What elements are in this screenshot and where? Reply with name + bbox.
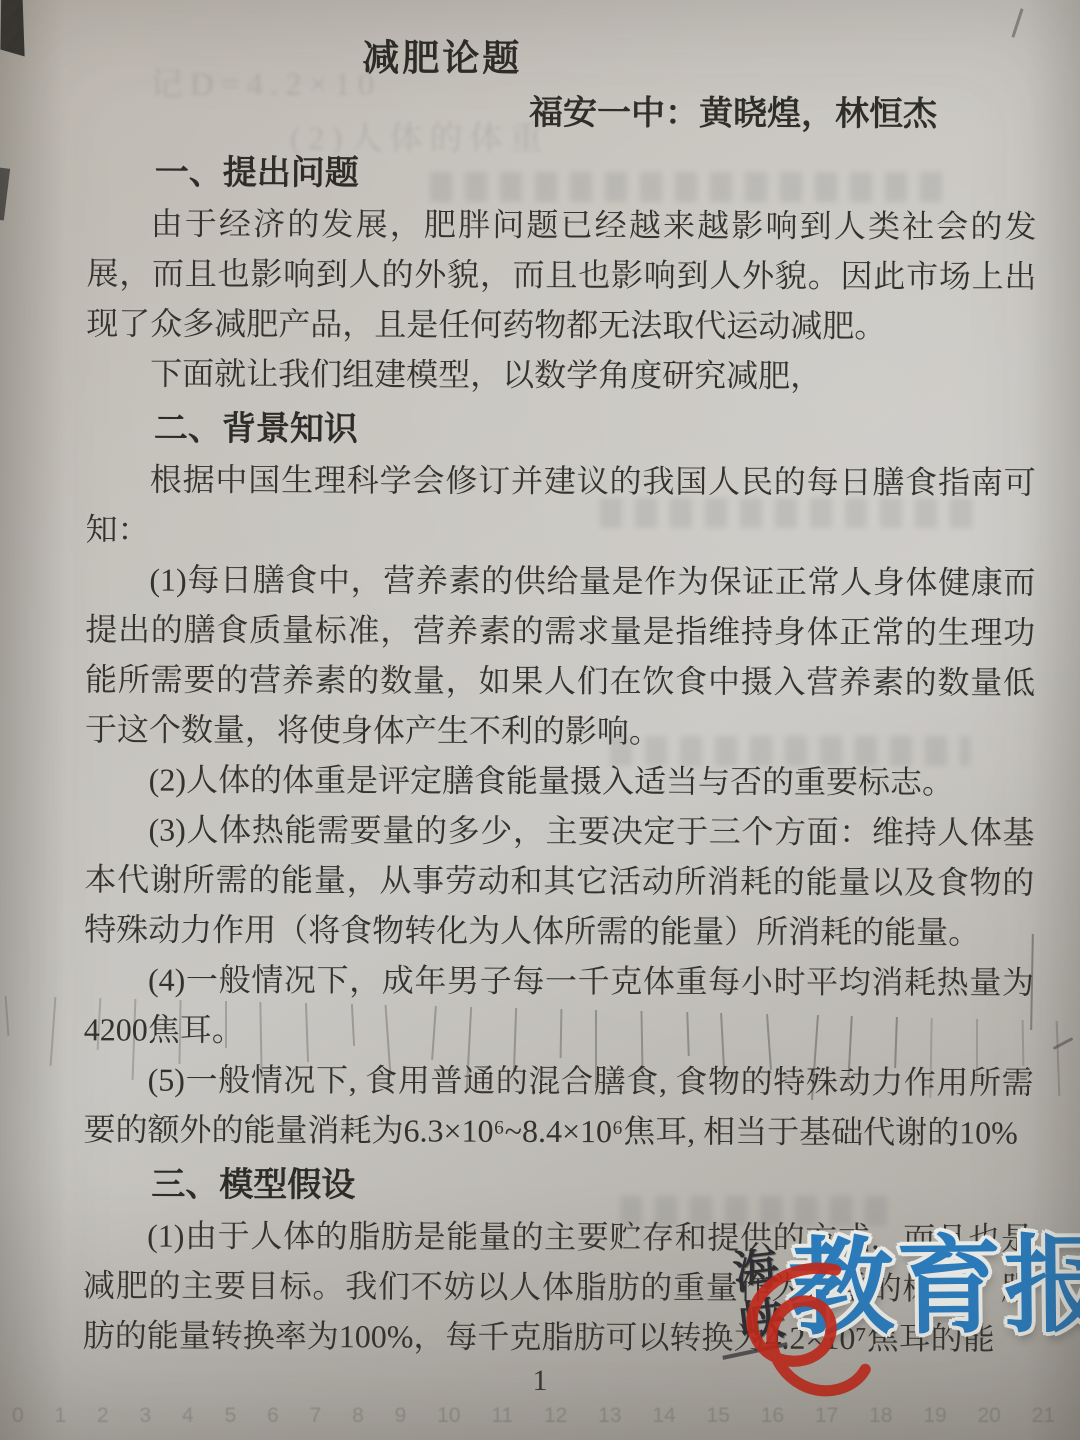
paragraph: (3)人体热能需要量的多少，主要决定于三个方面：维持人体基本代谢所需的能量，从事… bbox=[84, 804, 1035, 957]
right-edge-mark bbox=[1011, 8, 1023, 37]
section-heading-3: 三、模型假设 bbox=[83, 1160, 1033, 1213]
section-heading-1: 一、提出问题 bbox=[87, 148, 1037, 201]
document-body: 减肥论题 福安一中：黄晓煌，林恒杰 一、提出问题 由于经济的发展，肥胖问题已经越… bbox=[83, 32, 1038, 1363]
paragraph: 根据中国生理科学会修订并建议的我国人民的每日膳食指南可知： bbox=[85, 454, 1035, 557]
page-number: 1 bbox=[0, 1364, 1080, 1398]
paragraph: 下面就让我们组建模型，以数学角度研究减肥， bbox=[86, 348, 1036, 401]
paragraph: (1)每日膳食中，营养素的供给量是作为保证正常人身体健康而提出的膳食质量标准，营… bbox=[85, 554, 1036, 757]
section-heading-2: 二、背景知识 bbox=[86, 404, 1036, 457]
paragraph: (5)一般情况下, 食用普通的混合膳食, 食物的特殊动力作用所需要的额外的能量消… bbox=[83, 1054, 1033, 1157]
watermark-red-flourish-icon bbox=[716, 1252, 885, 1421]
left-edge-mark bbox=[0, 168, 10, 221]
tick-mark bbox=[5, 996, 10, 1036]
tick-mark bbox=[1056, 1021, 1061, 1096]
byline: 福安一中：黄晓煌，林恒杰 bbox=[87, 86, 937, 141]
paragraph: (4)一般情况下，成年男子每一千克体重每小时平均消耗热量为4200焦耳。 bbox=[84, 954, 1034, 1057]
scanned-document-page: 记D=4.2×10 (2)人体的体重 减肥论题 福安一中：黄晓煌，林恒杰 一、提… bbox=[0, 0, 1080, 1440]
ruler-ghost-numbers: 0 1 2 3 4 5 6 7 8 9 10 11 12 13 14 15 16… bbox=[12, 1404, 1072, 1428]
page-title: 减肥论题 bbox=[0, 32, 917, 87]
paragraph: (2)人体的体重是评定膳食能量摄入适当与否的重要标志。 bbox=[85, 754, 1035, 807]
tick-mark bbox=[50, 997, 57, 1066]
paragraph: 由于经济的发展，肥胖问题已经越来越影响到人类社会的发展，而且也影响到人的外貌，而… bbox=[86, 198, 1037, 351]
